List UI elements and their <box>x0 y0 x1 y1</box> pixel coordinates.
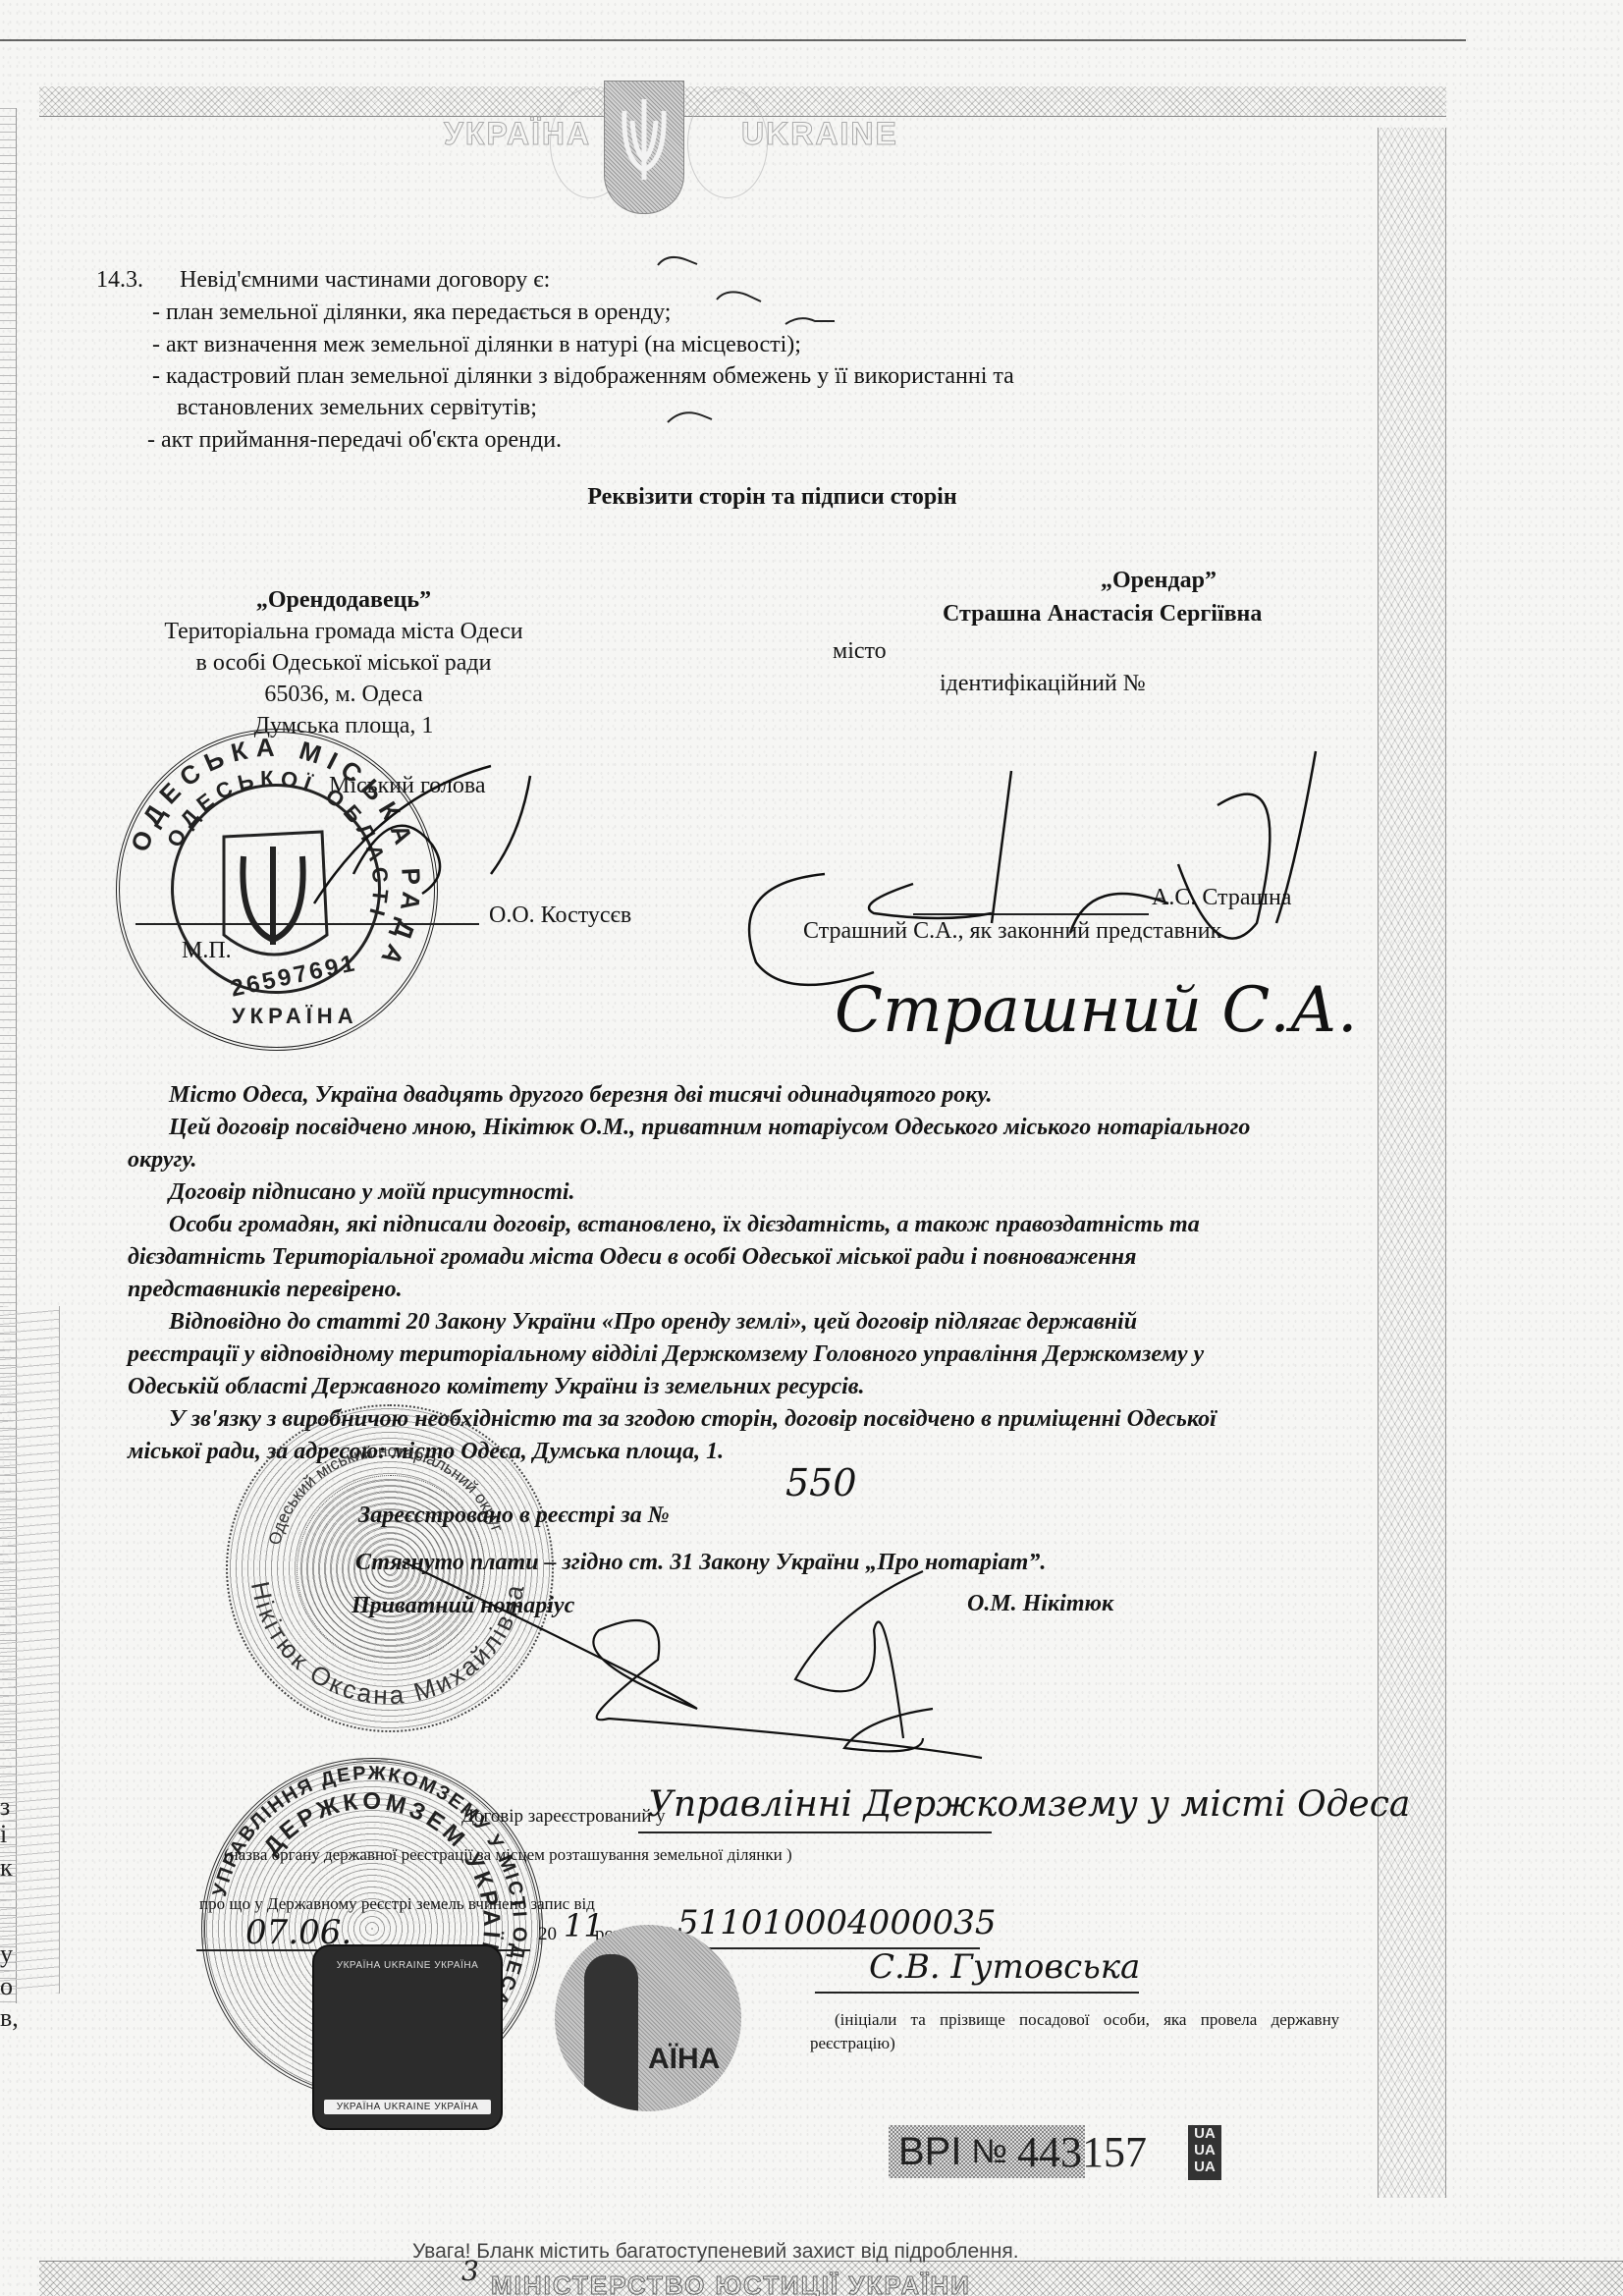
official-signature-line <box>815 1992 1139 1994</box>
section-title: Невід'ємними частинами договору є: <box>180 267 550 293</box>
notary-paragraph: Договір підписано у моїй присутності. <box>169 1179 575 1205</box>
initials-marks <box>648 250 844 447</box>
registered-hint: (назва органу державної реєстрації за мі… <box>224 1846 792 1865</box>
serial-ua-mark: UA UA UA <box>1188 2125 1221 2180</box>
record-label: про що у Державному реєстрі земель вчине… <box>199 1895 595 1914</box>
left-margin-fragment: к <box>0 1853 13 1883</box>
lessor-line: в особі Одеської міської ради <box>157 650 530 676</box>
notary-signature <box>373 1542 1060 1768</box>
left-margin-fragment: і <box>0 1820 7 1849</box>
lessee-role: „Орендар” <box>992 568 1325 593</box>
hologram-bottom-text: УКРАЇНА UKRAINE УКРАЇНА <box>324 2100 491 2114</box>
registered-authority: Управлінні Держкомзему у місті Одеса <box>648 1785 1410 1825</box>
notary-paragraph: Відповідно до статті 20 Закону України «… <box>169 1309 1137 1335</box>
record-number: 511010004000035 <box>677 1905 996 1941</box>
notary-paragraph: Особи громадян, які підписали договір, в… <box>169 1212 1200 1237</box>
attachment-item: - кадастровий план земельної ділянки з в… <box>152 363 1014 389</box>
attachment-item-continued: встановлених земельних сервітутів; <box>177 395 537 420</box>
section-number: 14.3. <box>96 267 143 293</box>
scan-edge <box>0 39 1466 41</box>
official-signature: С.В. Гутовська <box>869 1949 1140 1986</box>
serial-number: 443157 <box>1017 2127 1147 2177</box>
year-prefix: 20 <box>538 1925 557 1945</box>
justice-emblem: АЇНА <box>555 1925 741 2111</box>
official-hint-continued: реєстрацію) <box>810 2035 895 2053</box>
lessee-name: Страшна Анастасія Сергіївна <box>943 601 1262 627</box>
left-margin-fragment: з <box>0 1792 10 1822</box>
ministry-footer: МІНІСТЕРСТВО ЮСТИЦІЇ УКРАЇНИ <box>491 2270 971 2296</box>
hologram-sticker: УКРАЇНА UKRAINE УКРАЇНА УКРАЇНА UKRAINE … <box>312 1944 503 2130</box>
serial-no-sign: № <box>971 2133 1006 2171</box>
notary-paragraph: Місто Одеса, Україна двадцять другого бе… <box>169 1082 993 1108</box>
mayor-signature <box>295 756 550 913</box>
registry-number: 550 <box>785 1463 857 1504</box>
previous-page-fold <box>0 1306 60 1994</box>
serial-prefix: ВРІ <box>898 2130 961 2174</box>
representative-handwritten-signature: Страшний С.А. <box>835 974 1357 1047</box>
notary-paragraph: представників перевірено. <box>128 1277 403 1302</box>
svg-text:Одеський міський нотаріальний: Одеський міський нотаріальний округ <box>265 1442 507 1547</box>
requisites-heading: Реквізити сторін та підписи сторін <box>0 484 1623 510</box>
lessee-city-label: місто <box>833 638 887 664</box>
left-margin-fragment: в, <box>0 2003 19 2033</box>
attachment-item: - план земельної ділянки, яка передаєтьс… <box>152 300 671 325</box>
notary-paragraph: дієздатність Територіальної громади міст… <box>128 1244 1136 1270</box>
attachment-item: - акт приймання-передачі об'єкта оренди. <box>147 427 562 453</box>
guilloche-border-right <box>1378 128 1446 2198</box>
registered-label: Договір зареєстрований у <box>461 1807 666 1828</box>
lessor-role: „Орендодавець” <box>157 587 530 613</box>
header-word-ukraina: УКРАЇНА <box>444 116 591 152</box>
left-margin-fragment: о <box>0 1972 13 2001</box>
notary-stamp-inner: Одеський міський нотаріальний округ <box>265 1442 507 1547</box>
trident-icon <box>604 81 684 214</box>
stamp-country: УКРАЇНА <box>232 1004 358 1028</box>
stamp-code: 26597691 <box>229 950 360 1003</box>
lessor-line: 65036, м. Одеса <box>157 682 530 707</box>
page-number: 3 <box>461 2255 479 2287</box>
notary-paragraph: реєстрації у відповідному територіальном… <box>128 1341 1204 1367</box>
left-margin-fragment: у <box>0 1940 13 1969</box>
lessee-signatures: Страшний С.А. <box>707 746 1414 1070</box>
justice-emblem-text: АЇНА <box>648 2043 720 2076</box>
blank-serial-number: ВРІ № 443157 <box>889 2125 1085 2178</box>
notary-paragraph: Цей договір посвідчено мною, Нікітюк О.М… <box>169 1115 1250 1140</box>
notary-paragraph: Одеській області Державного комітету Укр… <box>128 1374 865 1399</box>
security-warning: Увага! Бланк містить багатоступеневий за… <box>412 2240 1019 2264</box>
registry-label: Зареєстровано в реєстрі за № <box>358 1503 670 1528</box>
official-hint: (ініціали та прізвище посадової особи, я… <box>835 2011 1339 2030</box>
lessor-line: Територіальна громада міста Одеси <box>157 619 530 644</box>
header-word-ukraine: UKRAINE <box>741 116 898 152</box>
notary-paragraph: округу. <box>128 1147 197 1173</box>
hologram-top-text: УКРАЇНА UKRAINE УКРАЇНА <box>314 1960 501 1971</box>
registered-underline <box>638 1831 992 1833</box>
lessee-id-label: ідентифікаційний № <box>940 671 1146 696</box>
